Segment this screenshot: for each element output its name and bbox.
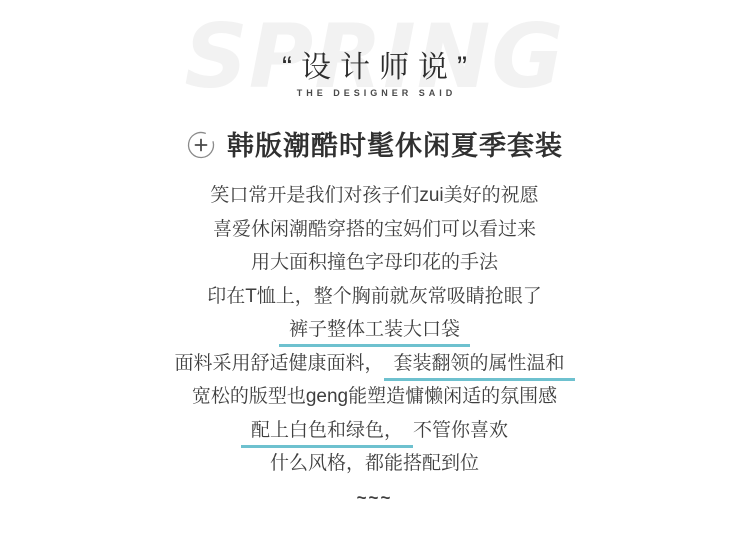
body-text: 用大面积撞色字母印花的手法 bbox=[251, 252, 498, 273]
section-title-row: 韩版潮酷时髦休闲夏季套装 bbox=[0, 124, 749, 163]
body-text: 面料采用舒适健康面料， bbox=[174, 353, 383, 374]
body-line: 配上白色和绿色，不管你喜欢 bbox=[0, 414, 749, 448]
body-line: 什么风格，都能搭配到位 bbox=[0, 447, 749, 481]
body-text: 不管你喜欢 bbox=[413, 420, 508, 441]
body-line: 面料采用舒适健康面料，套装翻领的属性温和 bbox=[0, 347, 749, 381]
body-lines: 笑口常开是我们对孩子们zui美好的祝愿喜爱休闲潮酷穿搭的宝妈们可以看过来用大面积… bbox=[0, 179, 749, 514]
body-line: 印在T恤上，整个胸前就灰常吸睛抢眼了 bbox=[0, 280, 749, 314]
underlined-text: 套装翻领的属性温和 bbox=[384, 353, 575, 381]
quote-subtitle: THE DESIGNER SAID bbox=[0, 88, 749, 98]
body-line: 笑口常开是我们对孩子们zui美好的祝愿 bbox=[0, 179, 749, 213]
underlined-text: 裤子整体工装大口袋 bbox=[279, 319, 470, 347]
body-line: 用大面积撞色字母印花的手法 bbox=[0, 246, 749, 280]
underlined-text: 配上白色和绿色， bbox=[241, 420, 413, 448]
circled-plus-icon bbox=[186, 128, 218, 160]
body-line: 宽松的版型也geng能塑造慵懒闲适的氛围感 bbox=[0, 380, 749, 414]
designer-says-page: SPRING “设计师说” THE DESIGNER SAID 韩版潮酷时髦休闲… bbox=[0, 0, 749, 545]
body-line: 裤子整体工装大口袋 bbox=[0, 313, 749, 347]
body-text: 印在T恤上，整个胸前就灰常吸睛抢眼了 bbox=[207, 286, 542, 307]
quote-title: “设计师说” bbox=[0, 42, 749, 86]
body-text: 笑口常开是我们对孩子们zui美好的祝愿 bbox=[210, 185, 538, 206]
section-title: 韩版潮酷时髦休闲夏季套装 bbox=[227, 124, 563, 163]
body-text: 喜爱休闲潮酷穿搭的宝妈们可以看过来 bbox=[213, 219, 536, 240]
body-text: 宽松的版型也geng能塑造慵懒闲适的氛围感 bbox=[192, 386, 557, 407]
body-text: 什么风格，都能搭配到位 bbox=[270, 453, 479, 474]
ending-tildes: ~~~ bbox=[0, 481, 749, 515]
body-line: 喜爱休闲潮酷穿搭的宝妈们可以看过来 bbox=[0, 213, 749, 247]
